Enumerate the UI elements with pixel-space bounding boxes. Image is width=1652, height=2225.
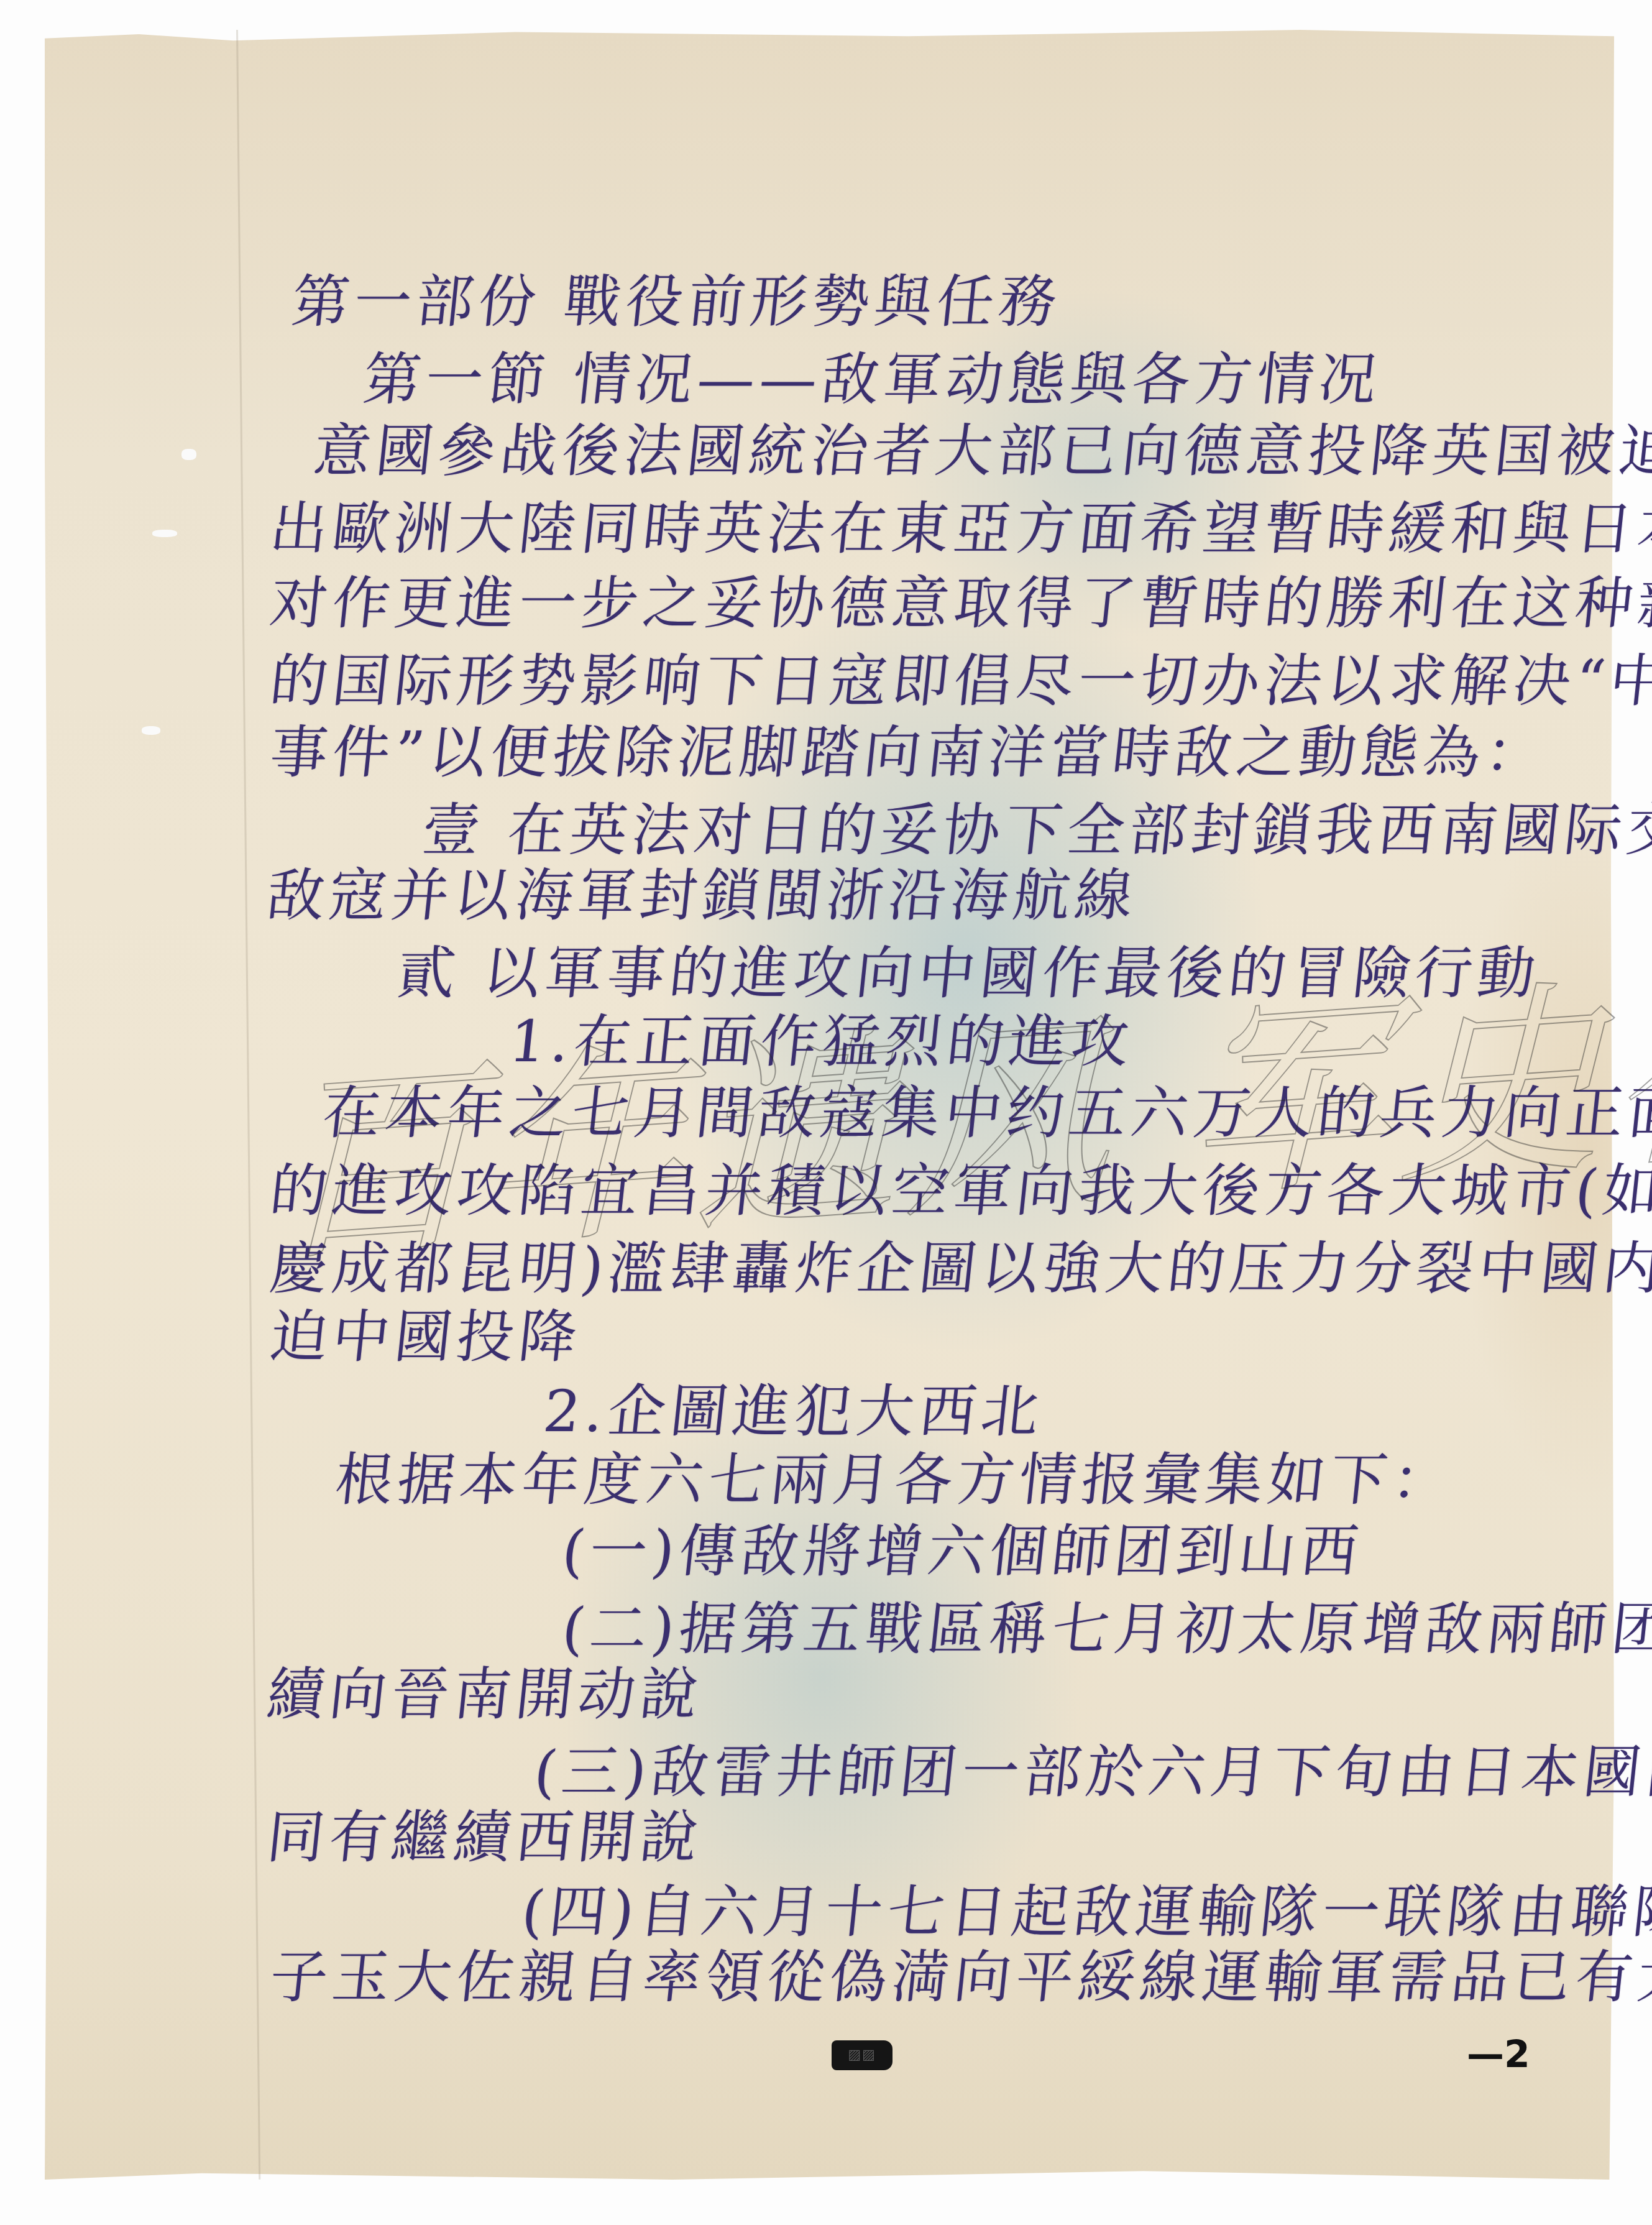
- body-line: (三)敌雷井師团一部於六月下旬由日本國内開抵大: [531, 1744, 1652, 1801]
- body-line: 同有繼續西開說: [264, 1809, 705, 1866]
- body-line: 2.企圖進犯大西北: [541, 1383, 1046, 1440]
- body-line: 根据本年度六七兩月各方情报彙集如下：: [333, 1452, 1457, 1509]
- body-line: 事件”以便拔除泥脚踏向南洋當時敌之動態為：: [267, 724, 1551, 781]
- body-line: 子玉大佐親自率領從偽満向平綏線運輸軍需品已有大批: [267, 1949, 1652, 2006]
- body-line: 壹 在英法对日的妥协下全部封鎖我西南國际交通路: [420, 802, 1652, 859]
- paper-tear: [152, 530, 177, 537]
- paper-tear: [142, 726, 160, 735]
- body-line: 續向晉南開动說: [264, 1666, 705, 1723]
- body-line: 的国际形势影响下日寇即倡尽一切办法以求解决“中国: [267, 653, 1652, 710]
- body-line: (一)傳敌將增六個師团到山西: [559, 1523, 1365, 1580]
- body-line: (二)据第五戰區稱七月初太原增敌兩師团并有: [559, 1601, 1652, 1658]
- body-line: 敌寇并以海軍封鎖閩浙沿海航線: [264, 867, 1140, 924]
- body-line: (四)自六月十七日起敌運輸隊一联隊由聯隊長: [519, 1884, 1652, 1941]
- body-line: 出歐洲大陸同時英法在東亞方面希望暫時緩和與日本的敌: [267, 500, 1652, 558]
- section-title: 第一節 情况——敌軍动態與各方情况: [360, 351, 1384, 408]
- paper-tear: [181, 449, 196, 460]
- part-title: 第一部份 戰役前形勢與任務: [289, 274, 1064, 331]
- page-number: —2: [1467, 2033, 1530, 2076]
- body-line: 对作更進一步之妥协德意取得了暫時的勝利在这种新: [267, 575, 1652, 632]
- archive-stamp: ▨▨: [832, 2040, 893, 2070]
- body-line: 意國參战後法國統治者大部已向德意投降英国被迫退: [311, 423, 1652, 480]
- body-line: 迫中國投降: [267, 1309, 584, 1366]
